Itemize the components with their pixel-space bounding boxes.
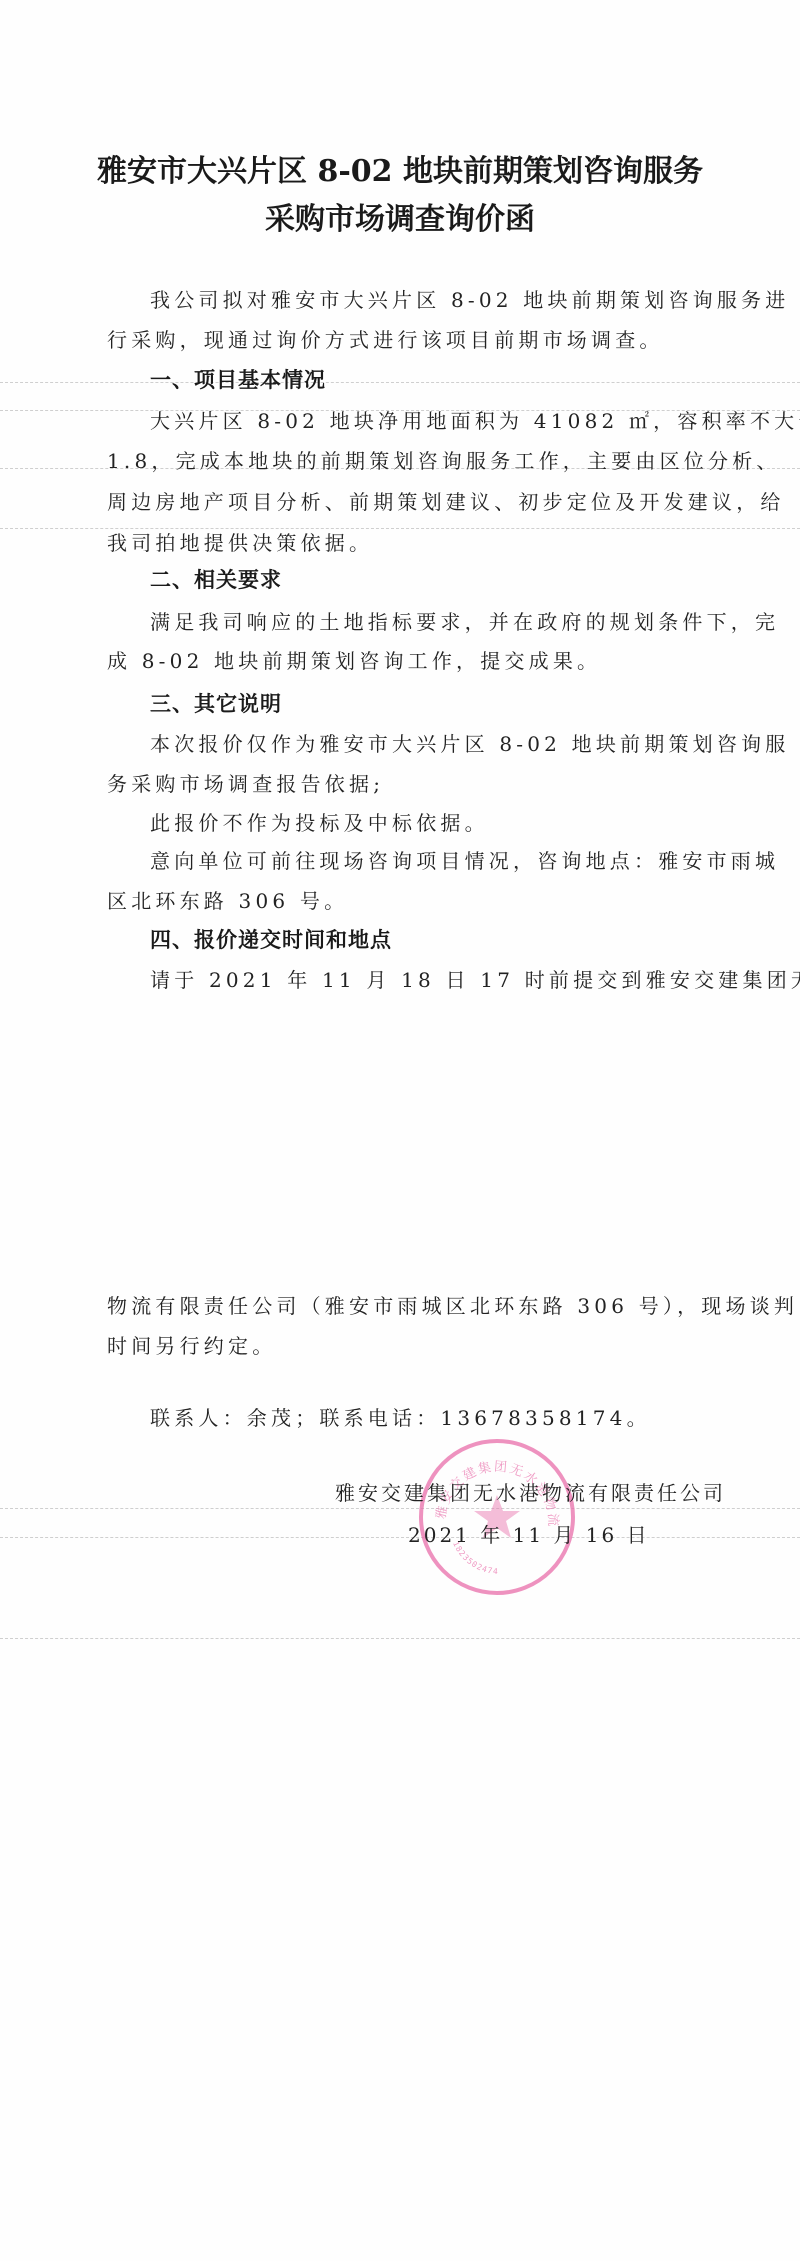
- document-title-line-1: 雅安市大兴片区 8-02 地块前期策划咨询服务: [0, 154, 800, 190]
- section-heading: 三、其它说明: [150, 691, 282, 717]
- scan-line: [0, 1638, 800, 1639]
- section-heading: 四、报价递交时间和地点: [150, 927, 392, 953]
- section-line: 物流有限责任公司（雅安市雨城区北环东路 306 号），现场谈判: [107, 1293, 702, 1319]
- scan-line: [0, 528, 800, 529]
- section-heading: 一、项目基本情况: [150, 367, 326, 393]
- company-seal-stamp: 雅安交建集团无水港物流有限责任公司 1823502474: [419, 1439, 575, 1595]
- scan-line: [0, 1537, 800, 1538]
- section-line: 1.8，完成本地块的前期策划咨询服务工作，主要由区位分析、: [107, 448, 702, 474]
- scan-line: [0, 1508, 800, 1509]
- section-line: 请于 2021 年 11 月 18 日 17 时前提交到雅安交建集团无水港: [150, 967, 745, 993]
- section-line: 本次报价仅作为雅安市大兴片区 8-02 地块前期策划咨询服: [150, 731, 745, 757]
- section-line: 时间另行约定。: [107, 1333, 702, 1359]
- scan-line: [0, 382, 800, 383]
- seal-star-icon: 雅安交建集团无水港物流有限责任公司 1823502474: [423, 1443, 571, 1591]
- document-title-line-2: 采购市场调查询价函: [0, 202, 800, 238]
- section-line: 大兴片区 8-02 地块净用地面积为 41082 ㎡，容积率不大于: [150, 408, 745, 434]
- scanned-letter-page: 雅安市大兴片区 8-02 地块前期策划咨询服务 采购市场调查询价函 我公司拟对雅…: [0, 0, 800, 2261]
- section-line: 满足我司响应的土地指标要求，并在政府的规划条件下，完: [150, 609, 745, 635]
- section-line: 此报价不作为投标及中标依据。: [150, 810, 745, 836]
- section-line: 我司拍地提供决策依据。: [107, 530, 702, 556]
- contact-info: 联系人：余茂；联系电话：13678358174。: [150, 1405, 745, 1431]
- section-line: 意向单位可前往现场咨询项目情况，咨询地点：雅安市雨城: [150, 848, 745, 874]
- section-heading: 二、相关要求: [150, 567, 282, 593]
- section-line: 成 8-02 地块前期策划咨询工作，提交成果。: [107, 648, 702, 674]
- section-line: 周边房地产项目分析、前期策划建议、初步定位及开发建议，给: [107, 489, 702, 515]
- intro-line: 我公司拟对雅安市大兴片区 8-02 地块前期策划咨询服务进: [150, 287, 745, 313]
- intro-line: 行采购，现通过询价方式进行该项目前期市场调查。: [107, 327, 702, 353]
- signature-date: 2021 年 11 月 16 日: [408, 1522, 650, 1548]
- signature-company: 雅安交建集团无水港物流有限责任公司: [335, 1480, 726, 1506]
- section-line: 区北环东路 306 号。: [107, 888, 702, 914]
- section-line: 务采购市场调查报告依据;: [107, 771, 702, 797]
